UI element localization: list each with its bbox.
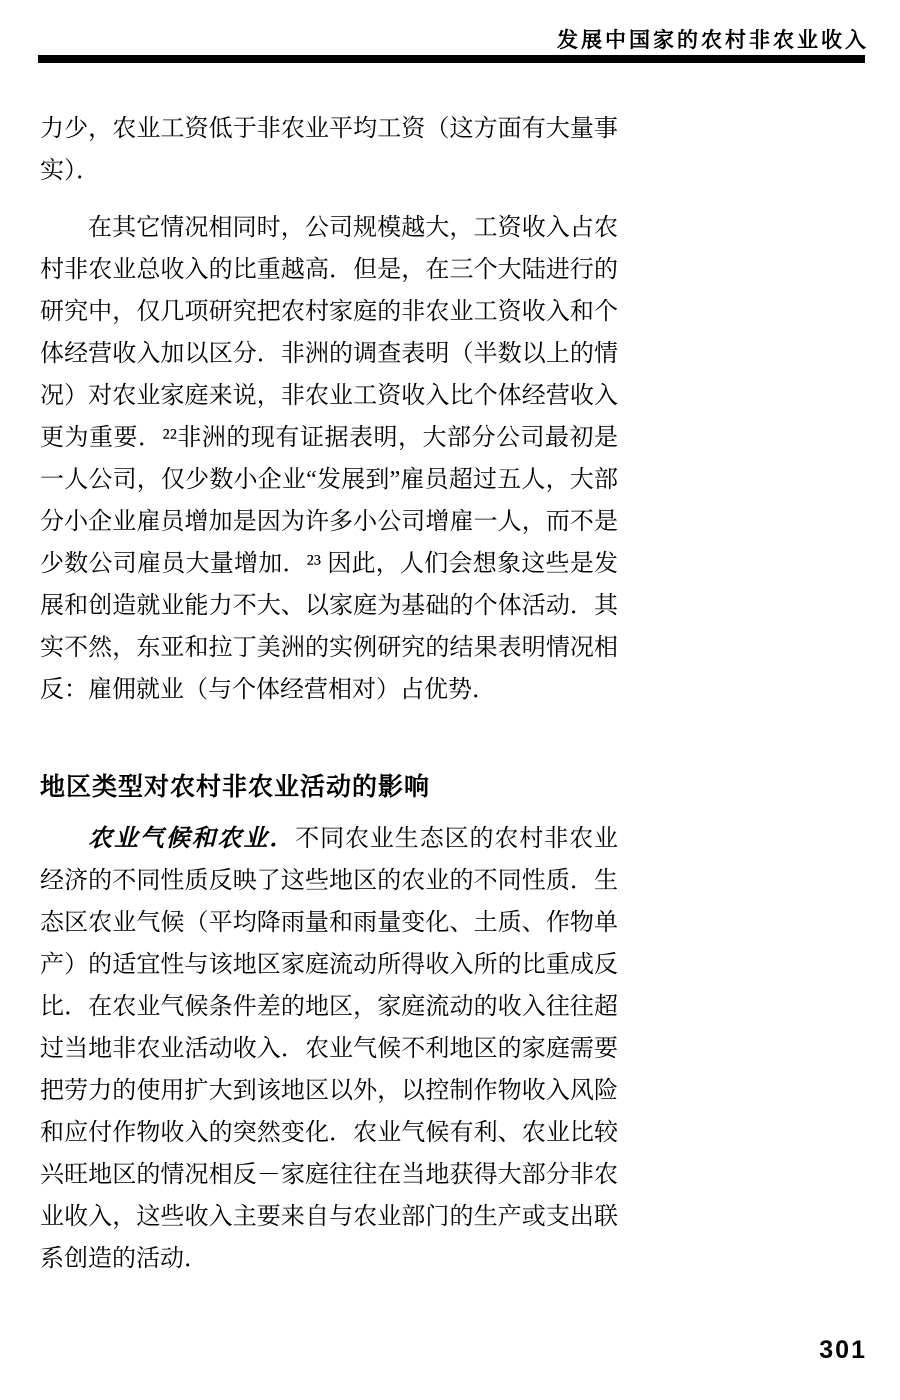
paragraph-firm-size-wage-income: 在其它情况相同时，公司规模越大，工资收入占农村非农业总收入的比重越高．但是，在三… <box>40 207 618 711</box>
running-header-title: 发展中国家的农村非农业收入 <box>557 24 869 54</box>
scanned-book-page: 发展中国家的农村非农业收入 力少，农业工资低于非农业平均工资（这方面有大量事实）… <box>0 0 900 1400</box>
page-number: 301 <box>819 1336 867 1365</box>
body-text-column: 力少，农业工资低于非农业平均工资（这方面有大量事实）． 在其它情况相同时，公司规… <box>40 108 618 1280</box>
paragraph-body-text: 不同农业生态区的农村非农业经济的不同性质反映了这些地区的农业的不同性质．生态区农… <box>40 826 618 1272</box>
paragraph-lead-run-in: 农业气候和农业． <box>88 826 295 852</box>
header-rule-bar <box>38 55 865 63</box>
section-heading-zone-type-effects: 地区类型对农村非农业活动的影响 <box>40 767 618 809</box>
paragraph-agroclimate-and-agriculture: 农业气候和农业．不同农业生态区的农村非农业经济的不同性质反映了这些地区的农业的不… <box>40 818 618 1280</box>
paragraph-continued-from-previous-page: 力少，农业工资低于非农业平均工资（这方面有大量事实）． <box>40 108 618 192</box>
